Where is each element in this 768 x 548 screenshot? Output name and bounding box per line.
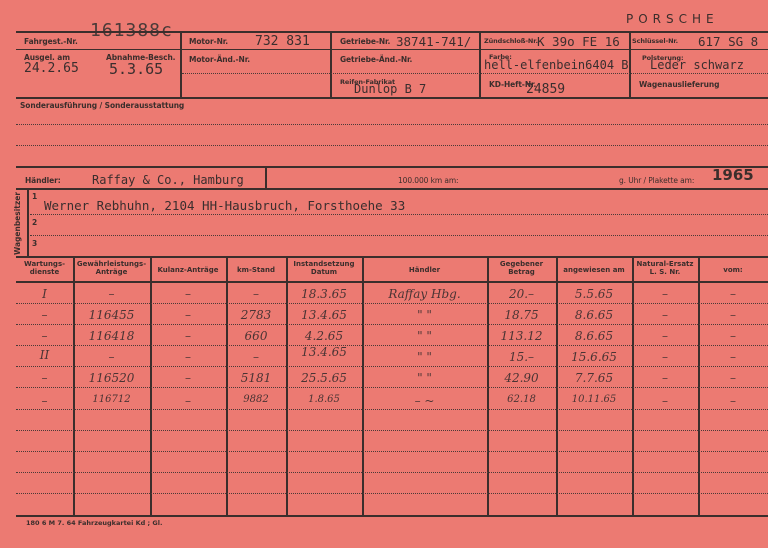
schluessel-value: 617 SG 8 [698, 34, 758, 49]
getriebe-aend-label: Getriebe-Änd.-Nr. [340, 55, 412, 64]
divider [16, 124, 768, 125]
uhr-value: 1965 [712, 166, 754, 184]
col-header-km-stand: km-Stand [226, 266, 286, 274]
km100000-label: 100.000 km am: [398, 176, 458, 185]
divider [330, 31, 332, 98]
col-header-kulanz: Kulanz-Anträge [150, 266, 226, 274]
divider [629, 31, 631, 98]
divider [265, 166, 267, 188]
divider [182, 73, 768, 74]
divider [30, 235, 768, 236]
divider [479, 31, 481, 98]
dealer-value: Raffay & Co., Hamburg [92, 173, 244, 187]
divider [16, 281, 768, 283]
dealer-label: Händler: [25, 176, 61, 185]
owners-side-label: Wagenbesitzer [6, 195, 20, 255]
divider [30, 214, 768, 215]
owner-row-number: 1 [32, 192, 37, 201]
divider [16, 31, 768, 33]
col-header-natural-ersatz: Natural-ErsatzL. S. Nr. [632, 260, 698, 276]
col-header-angewiesen: angewiesen am [556, 266, 632, 274]
getriebe-value: 38741-741/ [396, 34, 471, 49]
owner-row-value: Werner Rebhuhn, 2104 HH-Hausbruch, Forst… [44, 198, 405, 213]
col-header-wartungsdienste: Wartungs-dienste [16, 260, 73, 276]
owner-row-number: 2 [32, 218, 37, 227]
divider [16, 49, 768, 50]
abnahme-value: 5.3.65 [109, 60, 163, 78]
motor-label: Motor-Nr. [189, 37, 228, 46]
uhr-label: g. Uhr / Plakette am: [619, 176, 694, 185]
divider [16, 145, 768, 146]
schluessel-label: Schlüssel-Nr. [632, 37, 678, 45]
reifen-value: Dunlop B 7 [354, 82, 426, 96]
farbe-value: hell-elfenbein6404 B [484, 58, 629, 72]
owner-row-number: 3 [32, 239, 37, 248]
form-footer: 180 6 M 7. 64 Fahrzeugkartei Kd ; Gl. [26, 519, 162, 527]
motor-aend-label: Motor-Änd.-Nr. [189, 55, 250, 64]
divider [16, 188, 768, 190]
sonder-label: Sonderausführung / Sonderausstattung [20, 101, 184, 110]
divider [180, 31, 182, 98]
porsche-vehicle-record-card: PORSCHE 161388c Fahrgest.-Nr. Motor-Nr. … [0, 0, 768, 548]
col-header-betrag: GegebenerBetrag [487, 260, 556, 276]
divider [16, 97, 768, 99]
getriebe-label: Getriebe-Nr. [340, 37, 390, 46]
divider [16, 256, 768, 258]
porsche-logo: PORSCHE [626, 12, 719, 26]
ausgel-value: 24.2.65 [24, 61, 79, 76]
divider [27, 190, 29, 256]
polsterung-value: Leder schwarz [650, 58, 744, 72]
motor-value: 732 831 [255, 34, 310, 49]
fahrgestell-label: Fahrgest.-Nr. [24, 37, 78, 46]
col-header-gewaehrleistung: Gewährleistungs-Anträge [73, 260, 150, 276]
divider [16, 166, 768, 168]
zuendschloss-value: K 39o FE 16 [537, 34, 620, 49]
col-header-vom: vom: [698, 266, 768, 274]
col-header-haendler: Händler [362, 266, 487, 274]
kd-heft-value: 24859 [526, 82, 565, 97]
divider [16, 515, 768, 517]
wagenauslieferung-label: Wagenauslieferung [639, 80, 719, 89]
col-header-instandsetzung: InstandsetzungDatum [286, 260, 362, 276]
zuendschloss-label: Zündschloß-Nr. [484, 37, 538, 45]
